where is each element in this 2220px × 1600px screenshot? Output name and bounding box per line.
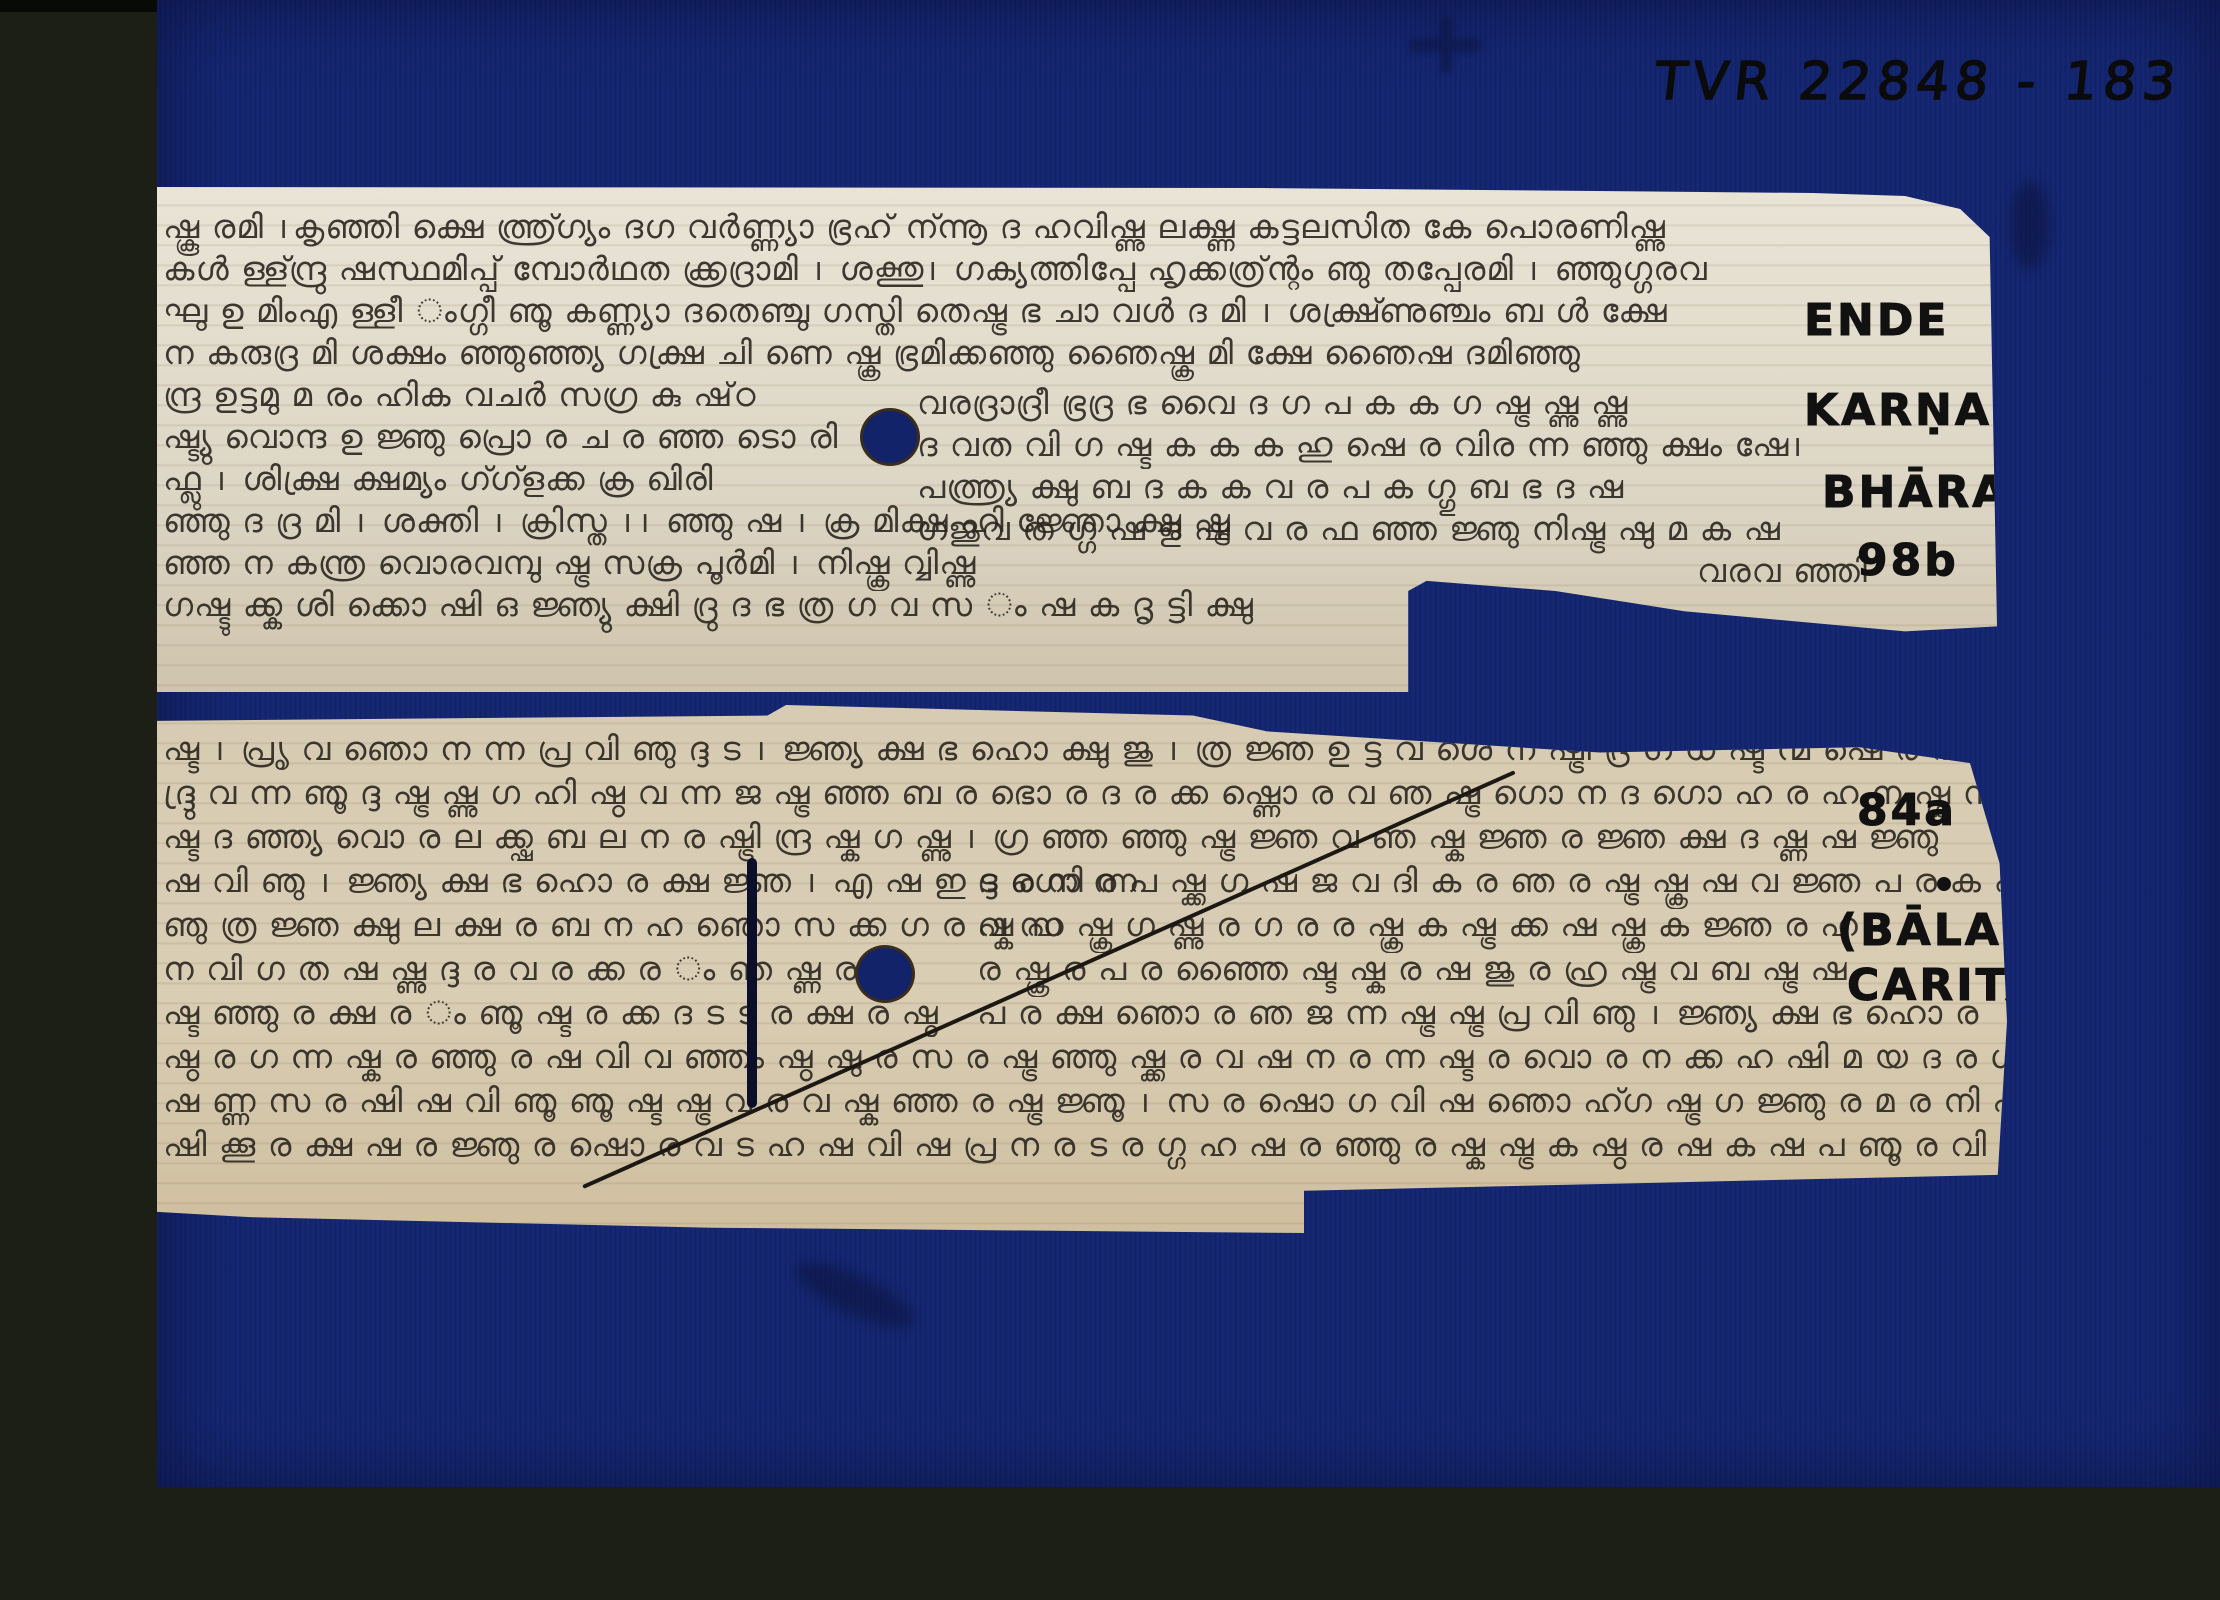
smudge-right: [2010, 180, 2050, 270]
accession-number-label: TVR 22848 - 183: [1652, 52, 2185, 112]
script-line: ഫ്ലു । ശിക്ഷ്ര ക്ഷമ്യം ഗ്ഗ്ളക്ക ക്ര ഖിരി: [163, 459, 714, 499]
script-line: വരവ ഞ്ഞി: [1697, 551, 1868, 591]
leaf-label-karna: KARṆA-: [1804, 385, 1997, 436]
script-line: ഷ്ട്യു വൊന്ദ ഉ ജ്ഞു പ്രൊ ര ച ര ഞ്ഞ ടൊ രി: [163, 417, 838, 457]
script-line: ദ വത വി ഗ ഷ്ട ക ക ക ഹു ഷെ ര വിര ന്ന ഞ്ഞു…: [917, 425, 1807, 465]
script-line: ദ്ദ ഗൊ ര പ ഷ്ക്ക ഗ ഷ ജ വ ദി ക ര ഞ ര ഷ്ട്…: [977, 861, 2007, 901]
ink-dot: [1937, 877, 1951, 891]
script-line: ഞ്ഞ ന കന്ത്ര വൊരവമ്പു ഷ്ട്ര സക്ര പൂര്‍മി…: [163, 543, 976, 583]
top-dark-strip: [0, 0, 157, 12]
leaf-label-bhara: BHĀRA: [1822, 467, 1997, 518]
script-line: ദ്ദ്രു വ ന്ന ഞൂ ദ്ദ ഷ്ട്ര ഷ്ണു ഗ ഹി ഷ്ഠ …: [163, 773, 2007, 813]
script-line: ഘു ഉ മിംഎ ള്ളീ ംഗ്ഗീ ഞൂ കണ്ണ്യാ ദതെഞ്ചു …: [163, 291, 1668, 331]
script-line: ന്ദ്ര ഉട്ടമു മ രം ഹിക വചര്‍ സഗ്ര കു ഷ്‌ഠ: [163, 375, 756, 415]
script-line: പത്ത്ര്യ ക്ഷു ബ ദ ക ക വ ര പ ക ഗ്ഗു ബ ഭ ദ…: [917, 467, 1624, 507]
script-line: പ ര ക്ഷ ഞൊ ര ഞ ജ ന്ന ഷ്ട്ര ഷ്ട്ര പ്ര വി …: [977, 993, 1979, 1033]
script-line: ഷ്കൂ രമി ।കൃഞ്ഞി ക്ഷെ ത്ത്ര്ഗ്യം ദഗ വര്‍…: [163, 207, 1666, 247]
script-line: ഗജുവ ത ഗ്ഗ ഷ ള ഷ വ ര ഫ ഞ്ഞ ജ്ഞു നിഷ്ട്ര …: [917, 509, 1781, 549]
script-line: കൾ ള്ള്ന്ദ്രു ഷസ്ഥമിപ്പ് മ്പോര്‍ഥത ക്ക്ര…: [163, 249, 1708, 289]
script-line: ഷി ക്കൂ ര ക്ഷ ഷ ര ജ്ഞു ര ഷൊ ര വ ട ഹ ഷ വി…: [163, 1125, 2007, 1165]
leaf-label-ende: ENDE: [1804, 295, 1949, 346]
palm-leaf-bottom: ഷ്ട । പ്രൃ വ ഞൊ ന ന്ന പ്ര വി ഞു ദ്ദ ട । …: [157, 705, 2007, 1233]
script-line: ന വി ഗ ത ഷ ഷ്ണു ദ്ദ ര വ ര ക്ക ര ം ഞ ഷ്ണ …: [163, 949, 899, 989]
script-line: ഷ്ഠ ര ഗ ന്ന ഷ്ക ര ഞ്ഞു ര ഷ വി വ ഞ്ഞം ഷ്ഠ…: [163, 1037, 2007, 1077]
folio-number-84a: 84a: [1857, 785, 1957, 836]
string-hole: [863, 411, 917, 463]
script-line: ഞു ത്ര ജ്ഞ ക്ഷു ല ക്ഷ ര ബ ന ഹ ഞൊ സ ക്ക ഗ…: [163, 905, 1062, 945]
string-hole: [858, 948, 912, 1000]
faint-plus-mark: [1410, 18, 1480, 73]
leaf-label-carita: CARITA): [1847, 960, 2007, 1011]
script-line: വരദ്രാദ്രീ ഭ്രദ്ര ഭ വൈ ദ ഗ പ ക ക ഗ ഷ്ട്ര…: [917, 383, 1628, 423]
folio-number-98b: 98b: [1857, 535, 1959, 586]
script-line: ഷ്ട ദ ഞ്ഞ്യ വൊ ര ല ക്ക്ഷ ബ ല ന ര ഷ്ട്രി …: [163, 817, 1939, 857]
script-line: ന കരുദ്ര മി ശക്ഷം ഞ്ഞുഞ്ഞ്യ ഗക്ഷ്ര ചി ണെ…: [163, 333, 1581, 373]
script-line: ഷ്ട ഞ്ഞു ര ക്ഷ ര ം ഞൂ ഷ്ട ര ക്ക ദ ട ട ര …: [163, 993, 939, 1033]
vertical-ink-stroke: [747, 858, 757, 1108]
script-line: ഷ്ക ഹ ഷ്ക്ര ഗ ഷ്ണു ര ഗ ര ര ഷ്ക്ര ക ഷ്ട്ര…: [977, 905, 1859, 945]
leaf-label-bala: (BĀLA-: [1837, 905, 2007, 956]
script-line: ഗഷ്ടു ക്ക്ക ശി ക്കൊ ഷി ഒ ജ്ഞ്യു ക്ഷി ദ്ര…: [163, 585, 1254, 625]
script-line: ഷ ണ്ണ സ ര ഷി ഷ വി ഞൂ ഞൂ ഷ്ട ഷ്ട്ര വ ര വ …: [163, 1081, 2007, 1121]
